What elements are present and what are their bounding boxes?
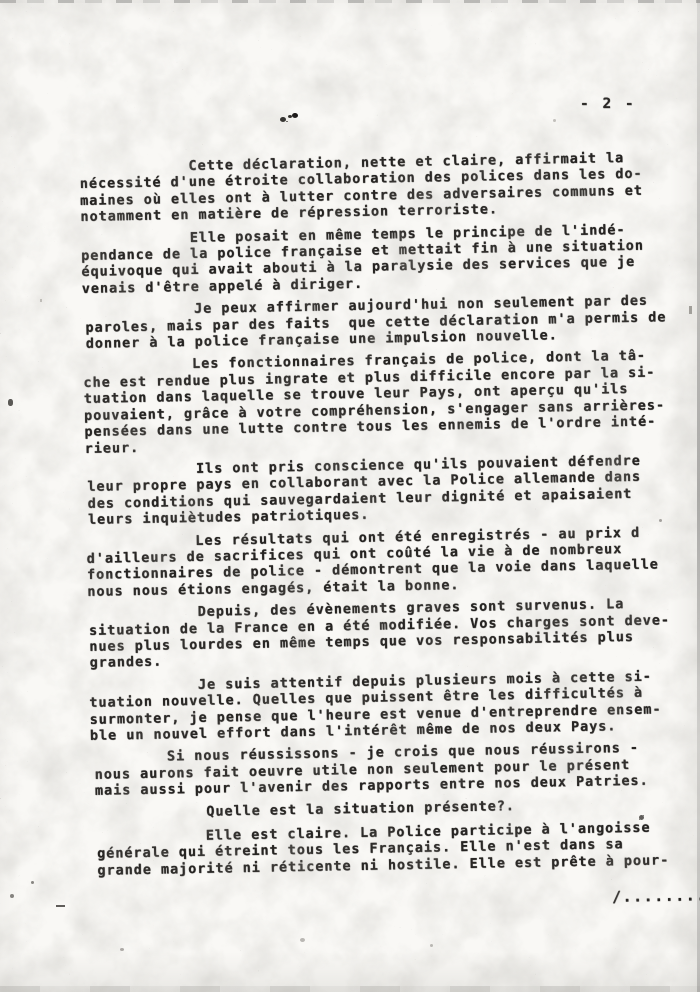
paragraph: Elle posait en même temps le principe de… [81,221,682,298]
paragraph: Depuis, des évènements graves sont surve… [89,595,689,672]
ink-speck [8,399,13,406]
paragraph: Les résultats qui ont été enregistrés - … [86,523,687,600]
paragraph: Ils ont pris conscience qu'ils pouvaient… [87,452,686,529]
paragraph: Je peux affirmer aujourd'hui non seuleme… [85,292,683,352]
ink-speck [120,948,124,951]
continuation-mark: /........ [612,887,700,905]
scan-edge-top [0,0,700,3]
paragraph: Elle est claire. La Police participe à l… [97,819,693,879]
scanned-letter-page: - 2 - Cette déclaration, nette et claire… [0,0,700,992]
paragraph: Quelle est la situation présente?. [97,795,691,822]
ink-smudge [280,117,286,122]
letter-body: Cette déclaration, nette et claire, affi… [79,149,692,885]
ink-speck [689,306,692,314]
paragraph: Les fonctionnaires français de police, d… [83,347,685,456]
page-number: - 2 - [580,96,636,112]
ink-speck [40,299,42,302]
paragraph: Si nous réussissons - je crois que nous … [94,739,691,799]
ink-speck [10,894,14,898]
ink-speck [31,881,34,884]
scan-edge-bottom [0,986,700,992]
ink-speck [430,944,433,947]
ink-speck [56,905,65,907]
paragraph: Je suis attentif depuis plusieurs mois à… [89,668,690,745]
paragraph: Cette déclaration, nette et claire, affi… [79,149,680,226]
ink-speck [300,938,305,942]
ink-speck [553,119,556,122]
